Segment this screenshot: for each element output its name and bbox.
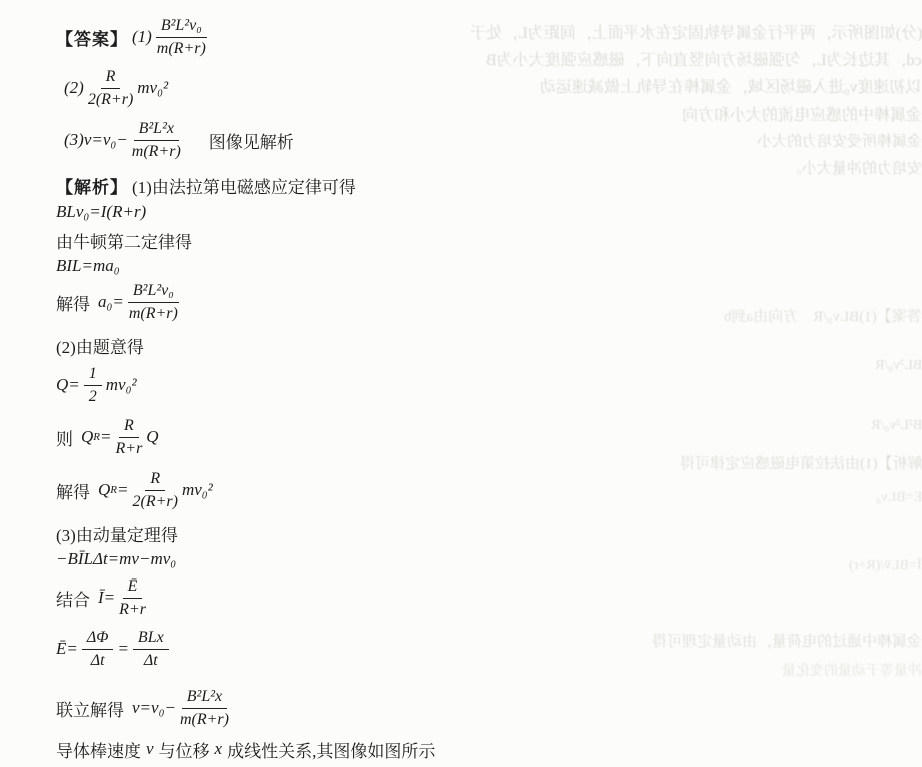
equation-emf: BLv₀=I(R+r): [56, 199, 660, 225]
fraction: R R+r: [116, 416, 143, 457]
answer-item-1: 【答案】 (1) B²L²v₀ m(R+r): [56, 14, 660, 60]
bleed-through-line: 金属棒中通过的电荷量，由动量定理可得: [650, 630, 922, 651]
bleed-through-line: Ī=BLv̄/(R+r): [847, 558, 922, 574]
item-number: (1): [132, 27, 152, 47]
formula-lhs: Q=: [56, 375, 80, 395]
equals-sign: =: [100, 427, 111, 447]
bleed-through-line: 金属棒所受安培力的大小: [755, 130, 922, 151]
fraction: B²L²x m(R+r): [132, 119, 181, 160]
fraction-numerator: R: [101, 67, 121, 88]
equals-sign: =: [117, 480, 128, 500]
formula-lhs: a₀=: [98, 292, 124, 312]
fraction-numerator: B²L²x: [182, 687, 227, 708]
fraction: 1 2: [84, 364, 102, 405]
then-word: 则: [56, 425, 73, 450]
equation-heat-ratio: 则 QR = R R+r Q: [56, 414, 660, 460]
analysis-label: 【解析】: [56, 173, 128, 198]
fraction: R 2(R+r): [88, 67, 133, 108]
fraction: BLx Δt: [133, 628, 169, 669]
analysis-step-text: (3)由动量定理得: [56, 521, 178, 546]
analysis-intro-1: 【解析】 (1)由法拉第电磁感应定律可得: [56, 172, 660, 198]
variable-v: v: [146, 739, 154, 759]
bleed-through-line: B²L²v₀/R: [869, 418, 922, 434]
fraction-numerator: R: [145, 469, 165, 490]
fraction-numerator: B²L²x: [134, 119, 179, 140]
analysis-newton-intro: 由牛顿第二定律得: [56, 227, 660, 253]
equation-text: −BĪLΔt=mv−mv₀: [56, 549, 176, 569]
analysis-intro-3: (3)由动量定理得: [56, 520, 660, 546]
formula-lhs: Q: [81, 427, 93, 447]
variable-x: x: [215, 739, 223, 759]
fraction-numerator: R: [119, 416, 139, 437]
solve-heat: 解得 QR = R 2(R+r) mv₀²: [56, 467, 660, 513]
bleed-through-line: E=BLv₀: [874, 490, 922, 506]
equation-avg-emf: Ē= ΔΦ Δt = BLx Δt: [56, 626, 660, 672]
conclusion-text: 导体棒速度: [56, 737, 141, 762]
bleed-through-line: 解析】(1)由法拉第电磁感应定律可得: [678, 452, 922, 473]
bleed-through-line: 金属棒中的感应电流的大小和方向: [680, 102, 922, 125]
fraction-numerator: Ē: [123, 577, 143, 598]
formula-suffix: mv₀²: [106, 375, 137, 395]
answer-item-2: (2) R 2(R+r) mv₀²: [56, 65, 660, 111]
fraction-denominator: m(R+r): [180, 709, 229, 729]
equation-newton: BIL=ma₀: [56, 253, 660, 279]
fraction-numerator: BLx: [133, 628, 169, 649]
bleed-through-line: 答案】(1)BLv₀/R 方向由a到b: [722, 305, 922, 326]
see-analysis-note: 图像见解析: [209, 128, 294, 153]
equation-heat: Q= 1 2 mv₀²: [56, 362, 660, 408]
fraction-denominator: Δt: [144, 650, 158, 670]
answer-label: 【答案】: [56, 25, 128, 50]
conclusion-text: 与位移: [159, 737, 210, 762]
fraction-denominator: m(R+r): [157, 38, 206, 58]
fraction-denominator: R+r: [116, 438, 143, 458]
formula-lhs: Q: [98, 480, 110, 500]
fraction: R 2(R+r): [133, 469, 178, 510]
scanned-textbook-page: { "content": { "ans_label": "【答案】", "a1_…: [0, 0, 922, 767]
formula-suffix: mv₀²: [182, 480, 213, 500]
fraction-denominator: m(R+r): [129, 303, 178, 323]
combine-word: 结合: [56, 586, 90, 611]
formula-lhs: Ē=: [56, 639, 78, 659]
fraction-denominator: Δt: [91, 650, 105, 670]
bleed-through-line: BL²v₀/R: [873, 358, 922, 374]
fraction: Ē R+r: [119, 577, 146, 618]
formula-lhs: (3)v=v₀−: [64, 130, 128, 150]
solve-final: 联立解得 v=v₀− B²L²x m(R+r): [56, 685, 660, 731]
solve-word: 联立解得: [56, 696, 124, 721]
fraction: B²L²v₀ m(R+r): [156, 16, 207, 57]
conclusion-text: 成线性关系,其图像如图所示: [227, 737, 435, 762]
equation-text: BIL=ma₀: [56, 256, 120, 276]
fraction-denominator: m(R+r): [132, 141, 181, 161]
fraction-numerator: B²L²v₀: [156, 16, 207, 37]
bleed-through-line: 安培力的冲量大小。: [785, 157, 922, 178]
conclusion-sentence: 导体棒速度 v 与位移 x 成线性关系,其图像如图所示: [56, 736, 660, 762]
formula-suffix: Q: [146, 427, 158, 447]
solve-word: 解得: [56, 290, 90, 315]
analysis-step-text: (1)由法拉第电磁感应定律可得: [132, 173, 356, 198]
formula-lhs: v=v₀−: [132, 698, 176, 718]
solve-acceleration: 解得 a₀= B²L²v₀ m(R+r): [56, 279, 660, 325]
formula-lhs: Ī=: [98, 588, 115, 608]
fraction-numerator: B²L²v₀: [128, 281, 179, 302]
analysis-intro-2: (2)由题意得: [56, 332, 660, 358]
solution-text: 【答案】 (1) B²L²v₀ m(R+r) (2) R 2(R+r) mv₀²…: [0, 0, 660, 767]
fraction-numerator: ΔΦ: [82, 628, 114, 649]
subscript-r: R: [110, 484, 117, 496]
subscript-r: R: [93, 431, 100, 443]
equation-momentum: −BĪLΔt=mv−mv₀: [56, 546, 660, 572]
equation-avg-current: 结合 Ī= Ē R+r: [56, 575, 660, 621]
fraction-denominator: 2(R+r): [133, 491, 178, 511]
analysis-step-text: (2)由题意得: [56, 333, 144, 358]
fraction: B²L²x m(R+r): [180, 687, 229, 728]
formula-suffix: mv₀²: [137, 78, 168, 98]
bleed-through-line: 冲量等于动量的变化量: [780, 660, 922, 680]
fraction-denominator: 2: [89, 386, 97, 406]
analysis-step-text: 由牛顿第二定律得: [56, 228, 192, 253]
fraction-denominator: 2(R+r): [88, 89, 133, 109]
fraction: ΔΦ Δt: [82, 628, 114, 669]
fraction: B²L²v₀ m(R+r): [128, 281, 179, 322]
answer-item-3: (3)v=v₀− B²L²x m(R+r) 图像见解析: [56, 117, 660, 163]
fraction-denominator: R+r: [119, 599, 146, 619]
equation-text: BLv₀=I(R+r): [56, 202, 146, 222]
item-number: (2): [64, 78, 84, 98]
fraction-numerator: 1: [84, 364, 102, 385]
solve-word: 解得: [56, 478, 90, 503]
equals-sign: =: [117, 639, 128, 659]
